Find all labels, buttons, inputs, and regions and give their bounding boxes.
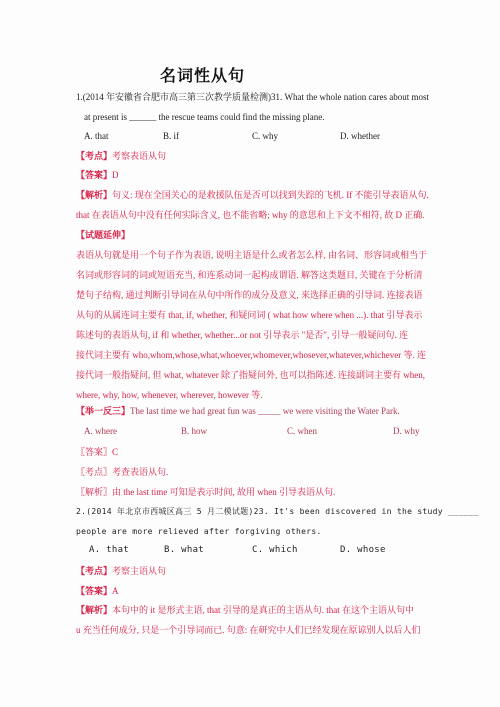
q2-jiexi: 【解析】本句中的 it 是形式主语, that 引导的是真正的主语从句. tha… xyxy=(76,604,414,616)
q2-option-c: C. which xyxy=(252,545,298,555)
practice-answer-value: C xyxy=(112,447,118,457)
practice-jiexi-label: 〖解析〗 xyxy=(76,487,112,497)
practice-option-b: B. how xyxy=(181,426,207,436)
practice-option-d: D. why xyxy=(393,426,420,436)
practice-answer: 〖答案〗C xyxy=(76,446,118,458)
practice-kaodian: 〖考点〗考查表语从句. xyxy=(76,466,168,478)
q1-jiexi: 【解析】句义: 现在全国关心的是救援队伍是否可以找到失踪的飞机. If 不能引导… xyxy=(76,189,429,201)
extension-line: 接代词一般指疑问, 但 what, whatever 除了指疑问外, 也可以指陈… xyxy=(76,369,425,381)
q1-stem-line2: at present is ______ the rescue teams co… xyxy=(84,111,324,123)
practice-option-c: C. when xyxy=(287,426,317,436)
q2-answer: 【答案】A xyxy=(76,585,119,597)
q2-kaodian-text: 考察主语从句 xyxy=(112,566,166,576)
q1-kaodian-label: 【考点】 xyxy=(76,151,112,161)
q1-option-a: A. that xyxy=(84,131,109,141)
q2-stem-line1: 2.(2014 年北京市西城区高三 5 月二模试题)23. It's been … xyxy=(76,506,479,518)
q2-option-b: B. what xyxy=(164,545,204,555)
practice-text: The last time we had great fun was _____… xyxy=(130,406,400,416)
practice-jiexi-text: 由 the last time 可知是表示时间, 故用 when 引导表语从句. xyxy=(112,487,335,497)
practice-kaodian-label: 〖考点〗 xyxy=(76,467,112,477)
extension-line: 从句的从属连词主要有 that, if, whether, 和疑问词 ( wha… xyxy=(76,309,422,321)
q1-answer: 【答案】D xyxy=(76,169,119,181)
q2-answer-label: 【答案】 xyxy=(76,586,112,596)
extension-line: 楚句子结构, 通过判断引导词在从句中所作的成分及意义, 来选择正确的引导词. 连… xyxy=(76,289,423,301)
page-title: 名词性从句 xyxy=(160,63,245,86)
extension-line: 名词或形容词的词或短语充当, 和连系动词一起构成谓语. 解答这类题目, 关键在于… xyxy=(76,269,423,281)
q1-option-d: D. whether xyxy=(340,131,380,141)
q1-option-b: B. if xyxy=(163,131,179,141)
extension-line: 表语从句就是用一个句子作为表语, 说明主语是什么或者怎么样, 由名词、形容词或相… xyxy=(76,249,427,261)
practice-kaodian-text: 考查表语从句. xyxy=(112,467,168,477)
q2-kaodian-label: 【考点】 xyxy=(76,566,112,576)
q1-answer-value: D xyxy=(112,170,119,180)
extension-label: 【试题延伸】 xyxy=(76,229,130,241)
q2-stem-line2: people are more relieved after forgiving… xyxy=(76,526,322,538)
extension-line: where, why, how, whenever, wherever, how… xyxy=(76,389,263,401)
q1-kaodian-text: 考察表语从句 xyxy=(112,151,166,161)
q1-jiexi-line2: that 在表语从句中没有任何实际含义, 也不能省略; why 的意思和上下文不… xyxy=(76,209,425,221)
practice-label: 【举一反三】 xyxy=(76,406,130,416)
q2-option-d: D. whose xyxy=(340,545,386,555)
practice-jiexi: 〖解析〗由 the last time 可知是表示时间, 故用 when 引导表… xyxy=(76,486,335,498)
q2-option-a: A. that xyxy=(89,545,129,555)
q2-kaodian: 【考点】考察主语从句 xyxy=(76,565,166,577)
q2-jiexi-line2: u 充当任何成分, 只是一个引导词而已. 句意: 在研究中人们已经发现在原谅别人… xyxy=(76,624,421,636)
q2-jiexi-line1: 本句中的 it 是形式主语, that 引导的是真正的主语从句. that 在这… xyxy=(112,605,414,615)
extension-line: 接代词主要有 who,whom,whose,what,whoever,whome… xyxy=(76,349,426,361)
practice-option-a: A. where xyxy=(84,426,117,436)
q1-jiexi-label: 【解析】 xyxy=(76,190,112,200)
q1-option-c: C. why xyxy=(252,131,278,141)
practice-question: 【举一反三】The last time we had great fun was… xyxy=(76,405,400,417)
extension-line: 陈述句的表语从句, if 和 whether, whether...or not… xyxy=(76,329,408,341)
q1-kaodian: 【考点】考察表语从句 xyxy=(76,150,166,162)
q2-jiexi-label: 【解析】 xyxy=(76,605,112,615)
q1-jiexi-line1: 句义: 现在全国关心的是救援队伍是否可以找到失踪的飞机. If 不能引导表语从句… xyxy=(112,190,429,200)
q1-answer-label: 【答案】 xyxy=(76,170,112,180)
q2-answer-value: A xyxy=(112,586,119,596)
document-page: 名词性从句 1.(2014 年安徽省合肥市高三第三次教学质量检测)31. Wha… xyxy=(0,0,500,707)
practice-answer-label: 〖答案〗 xyxy=(76,447,112,457)
q1-stem-line1: 1.(2014 年安徽省合肥市高三第三次教学质量检测)31. What the … xyxy=(76,91,429,103)
